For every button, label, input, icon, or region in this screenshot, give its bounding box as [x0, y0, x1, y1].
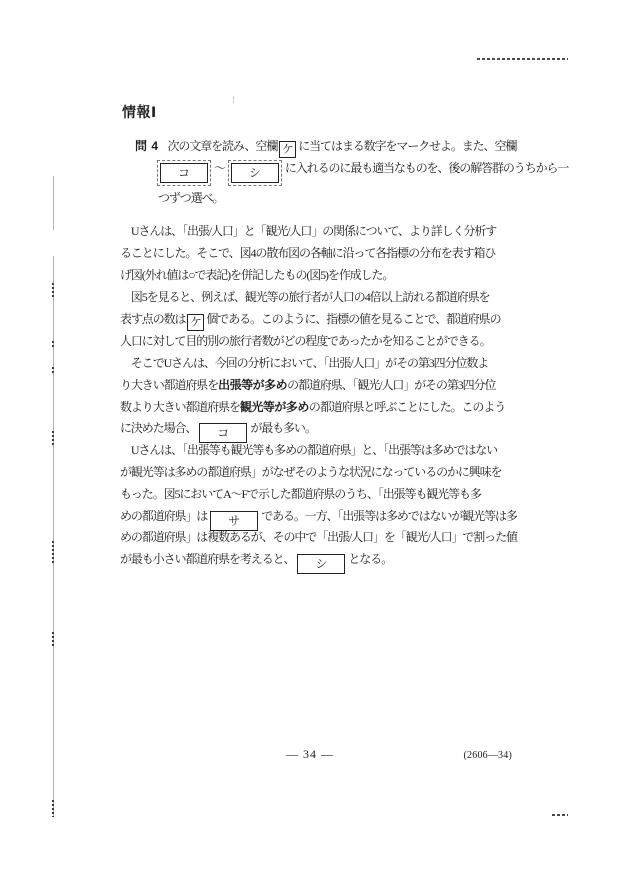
- body-line: Uさんは、「出張/人口」と「観光/人口」の関係について、より詳しく分析す: [120, 223, 496, 239]
- body-line: めの都道府県」は複数あるが、その中で「出張/人口」を「観光/人口」で割った値: [120, 529, 517, 545]
- body-text: り大きい都道府県を: [120, 378, 218, 392]
- question-text: 次の文章を読み、空欄: [168, 139, 278, 153]
- body-line: Uさんは、「出張等も観光等も多めの都道府県」と、「出張等は多めではない: [120, 442, 497, 458]
- scan-edge-line-top-right: [477, 58, 568, 60]
- scan-binding-dash: [52, 431, 54, 445]
- page-title: 情報Ⅰ: [122, 104, 157, 120]
- body-line: が観光等は多めの都道府県」がなぜそのような状況になっているのかに興味を: [120, 464, 502, 480]
- body-line: 図5を見ると、例えば、観光等の旅行者が人口の4倍以上訪れる都道府県を: [120, 289, 490, 305]
- body-line: り大きい都道府県を出張等が多めの都道府県、「観光/人口」がその第3四分位: [120, 377, 495, 393]
- blank-box-ke: ケ: [279, 141, 296, 158]
- body-line: そこでUさんは、今回の分析において、「出張/人口」がその第3四分位数よ: [120, 355, 488, 371]
- scan-binding-dash: [52, 632, 54, 647]
- body-line: 表す点の数はケ個である。このように、指標の値を見ることで、都道府県の: [120, 311, 500, 331]
- scan-edge-line-bottom-right: [552, 814, 568, 816]
- body-text: の都道府県、「観光/人口」がその第3四分位: [287, 378, 495, 392]
- body-line: もった。図5においてA～Fで示した都道府県のうち、「出張等も観光等も多: [120, 486, 481, 502]
- body-text: めの都道府県」は: [120, 509, 207, 523]
- page-number: — 34 —: [0, 747, 620, 762]
- body-text: 表す点の数は: [120, 312, 185, 326]
- scan-binding-dash: [52, 283, 54, 297]
- question-number: 問 4: [135, 139, 159, 153]
- question-intro-line-1: 問 4次の文章を読み、空欄ケに当てはまる数字をマークせよ。また、空欄: [135, 138, 516, 158]
- scan-binding-dash: [52, 800, 54, 817]
- body-line: 人口に対して目的別の旅行者数がどの程度であったかを知ることができる。: [120, 333, 490, 349]
- scan-binding-dash: [52, 341, 54, 347]
- body-line: げ図(外れ値は○で表記)を併記したもの(図5)を作成した。: [120, 267, 393, 283]
- body-line: めの都道府県」はサである。一方、「出張等は多めではないが観光等は多: [120, 508, 517, 531]
- blank-box-shi: シ: [231, 163, 279, 183]
- question-text: に入れるのに最も適当なものを、後の解答群のうちから一: [285, 161, 568, 175]
- body-text: 個である。このように、指標の値を見ることで、都道府県の: [206, 312, 500, 326]
- body-text: となる。: [348, 552, 392, 566]
- scan-tick-mark: [233, 96, 234, 103]
- defined-term-sightseeing: 観光等が多め: [240, 400, 309, 414]
- body-line: に決めた場合、コが最も多い。: [120, 420, 316, 443]
- scan-binding-dash: [52, 541, 54, 563]
- blank-box-ke: ケ: [187, 314, 204, 331]
- blank-box-sa: サ: [210, 511, 258, 531]
- scan-binding-dash: [52, 367, 54, 375]
- body-line: ることにした。そこで、図4の散布図の各軸に沿って各指標の分布を表す箱ひ: [120, 245, 495, 261]
- body-line: が最も小さい都道府県を考えると、シとなる。: [120, 551, 392, 574]
- tilde: ～: [214, 161, 225, 175]
- body-text: に決めた場合、: [120, 421, 196, 435]
- defined-term-business-trips: 出張等が多め: [218, 378, 287, 392]
- body-line: 数より大きい都道府県を観光等が多めの都道府県と呼ぶことにした。このよう: [120, 399, 505, 415]
- blank-box-ko: コ: [199, 423, 247, 443]
- print-code: (2606—34): [430, 750, 512, 761]
- blank-box-shi: シ: [297, 554, 345, 574]
- blank-box-ko: コ: [160, 163, 208, 183]
- body-text: の都道府県と呼ぶことにした。このよう: [309, 400, 505, 414]
- question-intro-line-3: つずつ選べ。: [158, 190, 223, 206]
- scan-binding-line-top: [53, 176, 54, 230]
- question-text: に当てはまる数字をマークせよ。また、空欄: [298, 139, 516, 153]
- body-text: である。一方、「出張等は多めではないが観光等は多: [261, 509, 517, 523]
- body-text: が最も多い。: [250, 421, 315, 435]
- body-text: が最も小さい都道府県を考えると、: [120, 552, 294, 566]
- body-text: 数より大きい都道府県を: [120, 400, 240, 414]
- question-intro-line-2: コ～シに入れるのに最も適当なものを、後の解答群のうちから一: [154, 160, 568, 183]
- exam-page: 情報Ⅰ 問 4次の文章を読み、空欄ケに当てはまる数字をマークせよ。また、空欄 コ…: [0, 0, 620, 876]
